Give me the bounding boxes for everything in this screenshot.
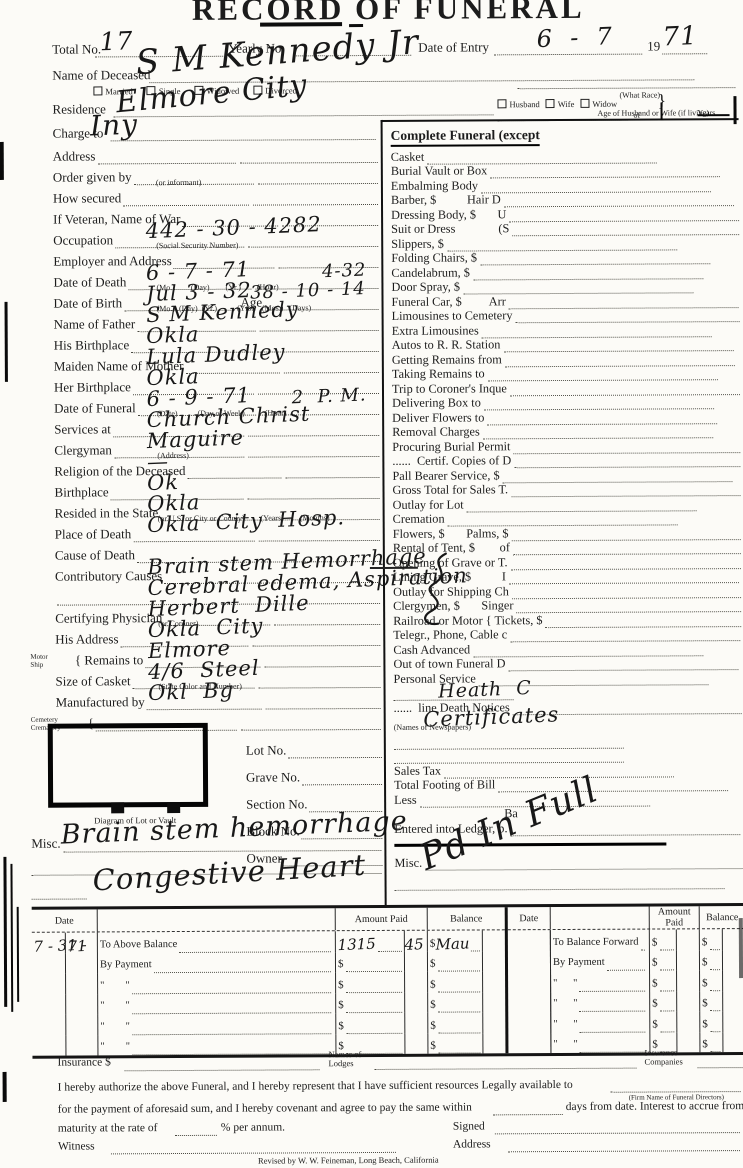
- charge-item-label: Cash Advanced: [393, 642, 470, 657]
- row-description: " ": [553, 977, 577, 991]
- blank-dotted-line: [394, 869, 742, 891]
- form-field-row: Birthplace Ok: [29, 478, 381, 501]
- address-label: Address: [453, 1138, 491, 1150]
- charge-item: Getting Remains from: [392, 351, 740, 367]
- scan-artifact: [3, 1072, 7, 1102]
- field-label: Place of Death: [30, 526, 132, 543]
- field-label: Resided in the State: [30, 505, 159, 522]
- charge-item: Limousines to Cemetery: [392, 308, 740, 324]
- charge-item-label: Pall Bearer Service, $: [392, 468, 499, 484]
- charge-item-label: Dressing Body, $ U: [391, 207, 506, 223]
- table-header-row: Date Amount Paid Balance: [32, 907, 505, 932]
- charge-item-label: Door Spray, $: [391, 280, 460, 295]
- charge-item-label: Candelabrum, $: [391, 265, 470, 280]
- dotted-line: [288, 744, 382, 758]
- authorization-line-1: I hereby authorize the above Funeral, an…: [58, 1079, 573, 1094]
- dotted-line: [505, 354, 735, 367]
- table-row: " " $ $: [508, 1032, 743, 1054]
- charge-item-label: Getting Remains from: [392, 352, 502, 368]
- dotted-line: [508, 658, 738, 671]
- charge-item: Out of town Funeral D: [393, 656, 741, 672]
- dotted-line: [546, 615, 742, 628]
- dotted-line: [483, 426, 713, 439]
- table-row: " " $ $: [32, 1012, 505, 1035]
- charge-item-label: Casket: [391, 149, 425, 164]
- charge-item: Extra Limousines: [392, 322, 740, 338]
- charge-item: Outlay for Lot: [393, 496, 741, 512]
- table-row: " " $ $: [508, 991, 743, 1013]
- lot-diagram-leg: [167, 802, 180, 813]
- maturity-line: maturity at the rate of: [58, 1122, 158, 1135]
- field-hint: (Social Security Number): [156, 241, 238, 250]
- charge-item: Burial Vault or Box: [391, 163, 739, 179]
- field-label: Clergyman: [29, 442, 112, 458]
- charge-item-label: Procuring Burial Permit: [392, 439, 510, 455]
- field-label: Occupation: [28, 232, 113, 248]
- dotted-line: [284, 359, 379, 373]
- charge-item-label: Slippers, $: [391, 236, 444, 251]
- date-of-entry-value: 6 - 7: [536, 22, 613, 53]
- checkbox-icon: [580, 99, 589, 108]
- dotted-line: [266, 695, 381, 710]
- charge-item: Flowers, $ Palms, $: [393, 525, 741, 541]
- charge-item: Cash Advanced: [393, 641, 741, 657]
- charge-item-label: Flowers, $ Palms, $: [393, 526, 509, 542]
- table-header-row: Date Amount Paid Balance: [508, 906, 743, 930]
- charge-item: Deliver Flowers to: [392, 409, 740, 425]
- table-row: " " $ $: [32, 992, 505, 1015]
- field-label: Contributory Causes: [30, 568, 162, 585]
- dotted-line: [467, 499, 697, 512]
- charge-item: Procuring Burial Permit: [392, 438, 740, 454]
- charge-item: Gross Total for Sales T.: [392, 482, 740, 498]
- title-underline: [260, 22, 342, 26]
- dotted-line: [513, 542, 741, 555]
- insurance-companies-label: Insurance Companies: [644, 1048, 682, 1066]
- dotted-line: [490, 165, 720, 178]
- form-field-row: Address: [28, 142, 380, 165]
- dotted-line: [509, 296, 739, 309]
- lot-diagram: [48, 723, 208, 808]
- field-label: Cause of Death: [30, 547, 135, 564]
- dotted-line: [662, 52, 707, 54]
- funeral-record-scan: RECORD OF FUNERAL Total No. 17 Yearly No…: [0, 0, 743, 1168]
- field-label: Services at: [29, 421, 111, 437]
- left-form-fields: Address Order given by (or informant) Ho…: [28, 142, 383, 732]
- form-field-row: Occupation (Social Security Number) 442 …: [28, 226, 380, 249]
- lot-fields: Lot No. Grave No. Section No. Block No. …: [246, 731, 385, 867]
- signed-label: Signed: [453, 1120, 485, 1132]
- dotted-line: [252, 632, 380, 647]
- total-no-value: 17: [99, 26, 134, 56]
- charge-item-label: Autos to R. R. Station: [392, 337, 501, 353]
- misc-label: Misc.: [31, 836, 60, 852]
- age-of-spouse-label: Age of Husband or Wife (if living): [598, 108, 710, 118]
- scan-artifact: [660, 102, 662, 120]
- checkbox-icon: [546, 99, 555, 108]
- dotted-line: [516, 600, 741, 613]
- dotted-line: [265, 653, 381, 668]
- form-field-row: Clergyman (Address) Maguire: [29, 436, 381, 459]
- lot-field-row: Lot No.: [246, 731, 384, 759]
- insurance-label: Insurance $: [57, 1056, 110, 1068]
- scan-artifact: [739, 918, 743, 978]
- scan-artifact: [698, 114, 730, 116]
- charge-item-label: Trip to Coroner's Inque: [392, 381, 507, 397]
- form-field-row: Maiden Name of Mother Lula Dudley: [29, 352, 381, 375]
- dotted-line: [302, 771, 382, 785]
- dotted-line: [240, 716, 380, 731]
- dotted-line: [473, 267, 703, 280]
- lot-field-label: Lot No.: [246, 742, 287, 758]
- dotted-line: [463, 281, 693, 294]
- dotted-line: [510, 629, 740, 642]
- dotted-line: [258, 170, 378, 185]
- charge-item: Removal Charges: [392, 424, 740, 440]
- row-description: " ": [553, 998, 577, 1012]
- amount-paid-header: Amount Paid: [649, 906, 699, 928]
- field-label: His Birthplace: [29, 337, 130, 354]
- misc-handwritten-value-2: Congestive Heart: [92, 848, 367, 898]
- scan-artifact: [17, 907, 19, 1002]
- balance-header: Balance: [427, 907, 505, 929]
- dotted-line: [473, 644, 703, 657]
- dotted-line: [247, 485, 379, 500]
- dotted-line: [32, 897, 87, 899]
- charge-item: Door Spray, $: [391, 279, 739, 295]
- dotted-line: [123, 192, 248, 207]
- dotted-line: [510, 383, 740, 396]
- table-row: " " $ $: [32, 971, 505, 994]
- charge-item: Autos to R. R. Station: [392, 337, 740, 353]
- charge-item-label: Cremation: [393, 512, 445, 527]
- charge-item-label: Taking Remains to: [392, 366, 485, 381]
- personal-service-hw-line: Heath C: [394, 685, 742, 702]
- charge-item-label: Suit or Dress (S: [391, 221, 509, 237]
- field-label: Her Birthplace: [29, 379, 131, 396]
- field-label: Birthplace: [29, 484, 108, 500]
- charge-item-label: Removal Charges: [392, 424, 480, 439]
- row-description: " ": [100, 1021, 130, 1035]
- dotted-line: [509, 571, 739, 584]
- relation-checkbox-item: Husband: [497, 99, 539, 109]
- charge-item-label: Limousines to Cemetery: [392, 308, 513, 324]
- date-of-entry-label: Date of Entry: [418, 39, 489, 55]
- field-hint: (or Coroner): [158, 619, 198, 628]
- newspapers-line: Certificates (Names of Newspapers): [394, 714, 742, 735]
- row-description: By Payment: [553, 957, 605, 971]
- date-header: Date: [32, 909, 97, 931]
- dotted-line: [515, 310, 739, 323]
- dotted-line: [504, 194, 734, 207]
- dotted-line: [285, 464, 379, 478]
- what-race-label: (What Race): [619, 90, 660, 99]
- dotted-line: [259, 674, 381, 689]
- dotted-line: [488, 368, 718, 381]
- charge-item-label: Burial Vault or Box: [391, 163, 488, 179]
- revised-by-line: Revised by W. W. Feineman, Long Beach, C…: [258, 1155, 439, 1166]
- dotted-line: [514, 455, 740, 468]
- field-hint: (Date) (Day of Week) (Hour): [157, 408, 286, 418]
- charge-item-label: Gross Total for Sales T.: [392, 482, 508, 498]
- charge-item: Barber, $ Hair D: [391, 192, 739, 208]
- dotted-line: [447, 238, 677, 251]
- form-field-row: Religion of the Deceased —: [29, 457, 381, 480]
- dotted-line: [484, 397, 714, 410]
- charge-item-label: Extra Limousines: [392, 323, 479, 338]
- dotted-line: [513, 441, 740, 454]
- form-field-row: Manufactured by Okl Bg: [31, 688, 383, 711]
- field-hint: (or informant): [156, 178, 202, 187]
- field-label: Date of Birth: [28, 295, 122, 311]
- per-annum-label: % per annum.: [221, 1121, 285, 1133]
- charge-item-label: Folding Chairs, $: [391, 250, 477, 265]
- dotted-line: [427, 151, 657, 164]
- charge-item: Embalming Body: [391, 177, 739, 193]
- field-label: Date of Funeral: [29, 400, 136, 417]
- dotted-line: [448, 513, 678, 526]
- charge-item-label: Embalming Body: [391, 178, 478, 193]
- form-field-row: Order given by (or informant): [28, 163, 380, 186]
- field-hint: (or U.S. or City or County) (Years) (Mon…: [158, 513, 330, 523]
- charge-item-label: Outlay for Lot: [393, 497, 464, 512]
- scan-artifact: [10, 864, 13, 1012]
- dotted-line: [97, 150, 235, 165]
- field-label: Name of Father: [29, 316, 136, 333]
- year-value: 71: [662, 21, 698, 52]
- charge-item: Taking Remains to: [392, 366, 740, 382]
- charge-item-label: Out of town Funeral D: [393, 656, 505, 672]
- table-row: " " $ $: [508, 1011, 743, 1033]
- lot-field-row: Grave No.: [246, 758, 384, 786]
- charge-item: Funeral Car, $ Arr: [391, 293, 739, 309]
- scan-artifact: [0, 142, 4, 180]
- form-field-row: How secured: [28, 184, 380, 207]
- table-body: 7 - 31 - 71 To Above Balance 131545 $Mau…: [32, 930, 506, 1055]
- balance-header: Balance: [699, 906, 743, 928]
- field-label: { Remains to: [50, 652, 143, 668]
- charge-item-label: ...... Certif. Copies of D: [392, 453, 511, 469]
- field-label: Address: [28, 148, 96, 164]
- dotted-line: [517, 86, 735, 89]
- row-description: By Payment: [100, 959, 152, 973]
- witness-label: Witness: [58, 1140, 95, 1152]
- row-description: " ": [553, 1018, 577, 1032]
- payment-table-right: Date Amount Paid Balance To Balance Forw…: [508, 906, 743, 1053]
- charge-item-label: Delivering Box to: [392, 395, 481, 410]
- field-label: Order given by: [28, 169, 132, 186]
- charge-item-label: Barber, $ Hair D: [391, 192, 501, 208]
- dotted-line: [509, 209, 739, 222]
- checkbox-label: Husband: [509, 99, 539, 109]
- checkbox-label: Widow: [592, 98, 617, 108]
- charge-item: ...... Certif. Copies of D: [392, 453, 740, 469]
- row-description: " ": [100, 1041, 130, 1055]
- row-description: To Above Balance: [100, 939, 177, 953]
- field-hint: (Mo.) (Day) (Yr.) (Yrs.) (Mos.) (Days): [157, 303, 312, 313]
- table-row: By Payment $ $: [32, 951, 505, 974]
- table-row: 7 - 31 - 71 To Above Balance 131545 $Mau: [32, 930, 505, 953]
- field-label: Size of Casket: [30, 673, 130, 690]
- lot-field-label: Grave No.: [246, 769, 300, 785]
- charge-item: Suit or Dress (S: [391, 221, 739, 237]
- dotted-line: [480, 252, 710, 265]
- payment-table-left: Date Amount Paid Balance 7 - 31 - 71 To …: [32, 907, 506, 1055]
- form-field-row: Place of Death Okla City Hosp.: [30, 520, 382, 543]
- amount-paid-header: Amount Paid: [335, 908, 427, 930]
- row-description: " ": [100, 980, 130, 994]
- table-row: To Balance Forward $ $: [508, 929, 743, 951]
- dotted-line: [503, 339, 733, 352]
- dotted-line: [481, 180, 711, 193]
- dotted-line: [487, 412, 717, 425]
- field-stacked-label: Motor Ship: [30, 654, 48, 669]
- field-hint: (Mo.) (Day) (Yr.) (Hour): [156, 282, 278, 292]
- dotted-line: [512, 586, 741, 599]
- form-field-row: Name of Father S M Kennedy: [29, 310, 381, 333]
- field-hint: (Address): [157, 451, 189, 460]
- date-header: Date: [508, 907, 550, 929]
- checkbox-icon: [93, 86, 102, 95]
- charge-item-label: Deliver Flowers to: [392, 410, 484, 425]
- field-label: His Address: [30, 631, 118, 647]
- dotted-line: [512, 528, 741, 541]
- dotted-line: [511, 484, 740, 497]
- row-description: " ": [100, 1000, 130, 1014]
- lot-diagram-leg: [111, 802, 124, 813]
- field-label: Manufactured by: [31, 694, 145, 711]
- dotted-line: [512, 223, 739, 236]
- relation-checkbox-item: Wife: [546, 98, 575, 108]
- dotted-line: [482, 325, 712, 338]
- table-body: To Balance Forward $ $ By Payment $ $: [508, 929, 743, 1053]
- checkbox-label: Wife: [558, 98, 575, 108]
- scan-artifact: [5, 302, 8, 382]
- charge-item: Trip to Coroner's Inque: [392, 380, 740, 396]
- dotted-line: [111, 138, 376, 141]
- field-label: Certifying Physician: [30, 610, 162, 627]
- charge-item: Dressing Body, $ U: [391, 206, 739, 222]
- newspapers-hint: (Names of Newspapers): [394, 722, 471, 731]
- charge-item: Pall Bearer Service, $: [392, 467, 740, 483]
- charge-item-label: Funeral Car, $ Arr: [391, 294, 505, 310]
- payment-tables: Date Amount Paid Balance 7 - 31 - 71 To …: [32, 903, 743, 1059]
- table-row: " " $ $: [32, 1033, 505, 1056]
- charge-item: Folding Chairs, $: [391, 250, 739, 266]
- charge-to-value: Iny: [89, 108, 138, 143]
- dotted-line: [503, 470, 733, 483]
- scan-artifact: [733, 96, 736, 124]
- names-of-lodges-label: Names of Lodges: [328, 1050, 361, 1068]
- checkbox-icon: [497, 99, 506, 108]
- charge-item: Delivering Box to: [392, 395, 740, 411]
- table-row: " " $ $: [508, 970, 743, 992]
- dotted-line: [240, 149, 378, 164]
- authorization-line-2b: days from date. Interest to accrue from: [566, 1100, 743, 1113]
- dotted-line: [253, 191, 378, 206]
- year-prefix: 19: [647, 38, 660, 54]
- table-row: By Payment $ $: [508, 950, 743, 972]
- charges-header: Complete Funeral (except: [391, 127, 540, 147]
- dotted-line: [187, 464, 281, 478]
- handwriting-scribble: [408, 550, 463, 630]
- dotted-line: [249, 443, 380, 458]
- dotted-line: [510, 557, 740, 570]
- charge-item: Candelabrum, $: [391, 264, 739, 280]
- relation-checkbox-item: Widow: [580, 98, 617, 108]
- authorization-line-2a: for the payment of aforesaid sum, and I …: [58, 1101, 472, 1115]
- field-hint: (State Color and Number): [159, 682, 242, 691]
- dotted-line: [494, 53, 642, 56]
- scan-artifact: [3, 857, 7, 1007]
- field-label: How secured: [28, 190, 121, 206]
- row-description: " ": [553, 1039, 577, 1053]
- row-description: To Balance Forward: [553, 936, 639, 950]
- total-no-label: Total No.: [52, 41, 101, 57]
- field-label: Date of Death: [28, 274, 126, 291]
